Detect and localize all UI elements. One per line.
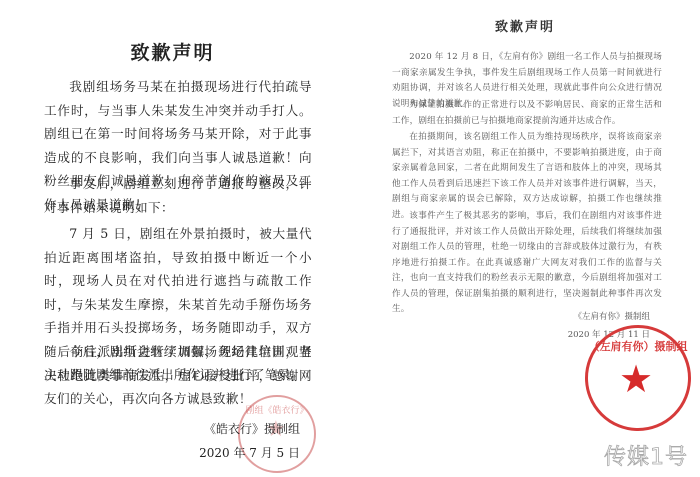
right-seal-text: （左肩有你）摄制组	[588, 338, 688, 354]
right-signature: 《左肩有你》摄制组	[573, 310, 650, 322]
left-signature: 《皓衣行》摄制组	[204, 420, 300, 437]
right-statement-title: 致歉声明	[350, 16, 700, 35]
watermark: 传媒1号	[604, 440, 688, 471]
left-date: 2020 年 7 月 5 日	[199, 444, 300, 461]
left-statement-title: 致歉声明	[0, 38, 345, 65]
right-paragraph-4: 该事件产生了极其恶劣的影响，事后，我们在剧组内对该事件进行了通报批评，并对该工作…	[392, 209, 662, 318]
right-paragraph-2: 为保证拍摄工作的正常进行以及不影响居民、商家的正常生活和工作，剧组在拍摄前已与拍…	[392, 98, 662, 129]
right-official-seal: （左肩有你）摄制组 ★	[585, 325, 691, 431]
left-paragraph-2: 事发后，剧组立刻进行了通报与整改，针对事件始末说明如下：	[44, 172, 312, 219]
star-icon: ★	[619, 360, 653, 398]
left-seal-text: 剧组《皓衣行》	[240, 403, 314, 416]
left-apology-statement: 致歉声明 我剧组场务马某在拍摄现场进行代拍疏导工作时，与当事人朱某发生冲突并动手…	[0, 0, 345, 477]
